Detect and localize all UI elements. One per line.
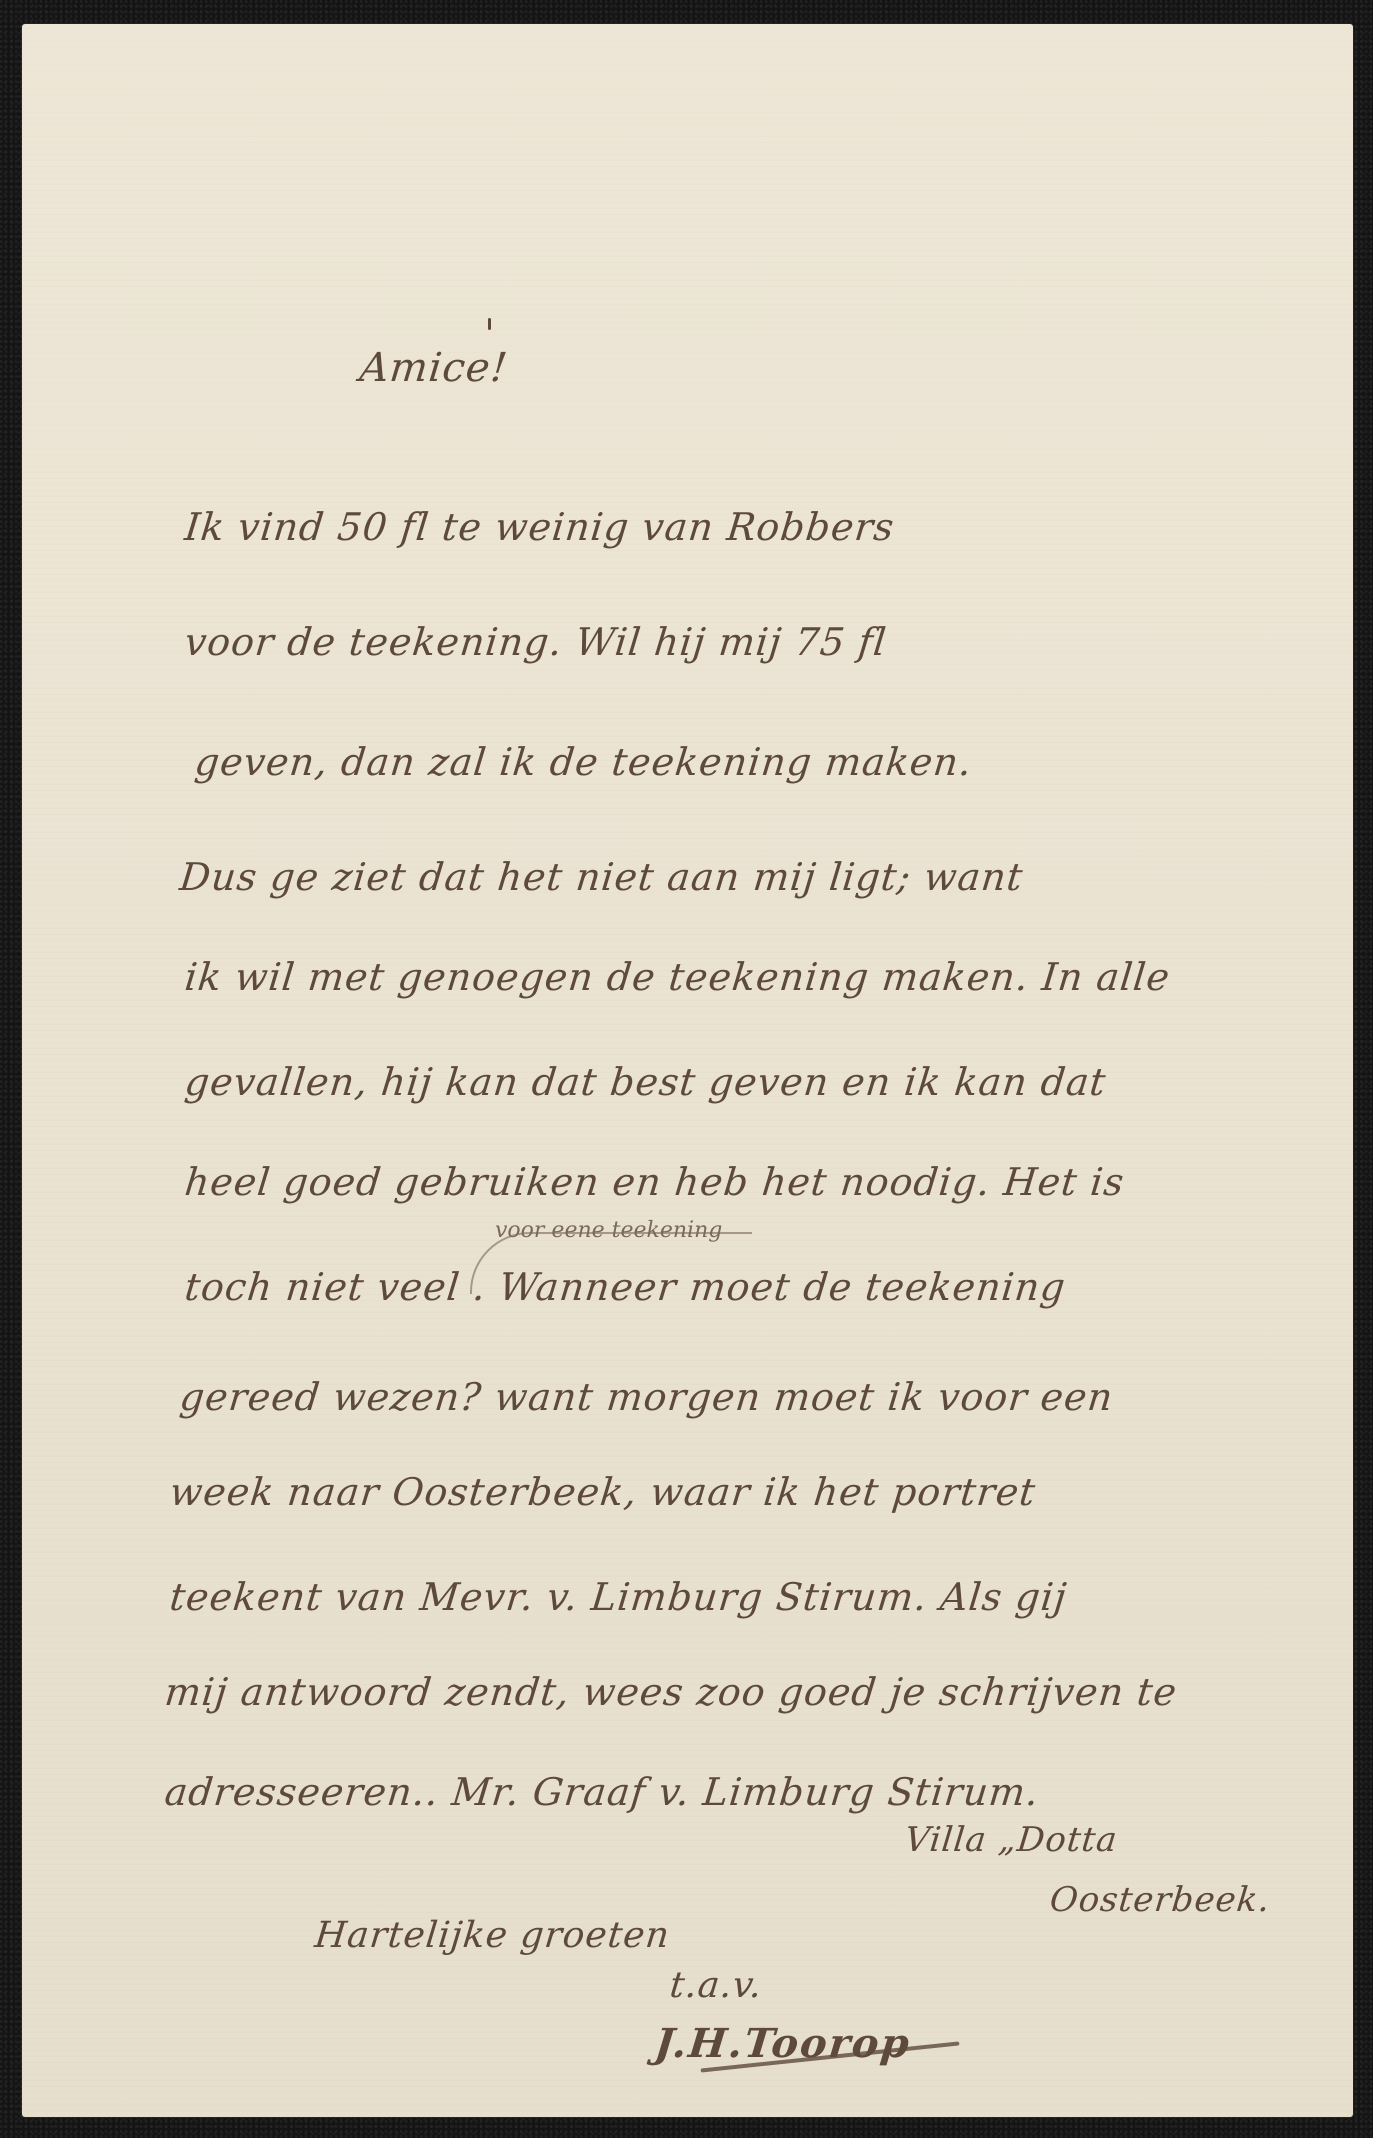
body-line-5: ik wil met genoegen de teekening maken. … (183, 955, 1173, 999)
address-town: Oosterbeek. (1048, 1880, 1272, 1920)
body-line-1: Ik vind 50 fl te weinig van Robbers (183, 505, 897, 549)
insertion-text: voor eene teekening (495, 1218, 722, 1243)
body-line-6: gevallen, hij kan dat best geven en ik k… (183, 1060, 1109, 1104)
body-line-11: teekent van Mevr. v. Limburg Stirum. Als… (168, 1575, 1070, 1619)
letter-greeting: Amice! (358, 345, 511, 391)
body-line-7: heel goed gebruiken en heb het noodig. H… (183, 1160, 1127, 1204)
body-line-8: toch niet veel . Wanneer moet de teekeni… (183, 1265, 1068, 1309)
body-line-13: adresseeren.. Mr. Graaf v. Limburg Stiru… (163, 1770, 1042, 1814)
address-villa: Villa „Dotta (903, 1820, 1120, 1860)
closing-attribution: t.a.v. (668, 1965, 765, 2006)
body-line-2: voor de teekening. Wil hij mij 75 fl (183, 620, 889, 664)
body-line-9: gereed wezen? want morgen moet ik voor e… (178, 1375, 1116, 1419)
body-line-12: mij antwoord zendt, wees zoo goed je sch… (163, 1670, 1180, 1714)
body-line-10: week naar Oosterbeek, waar ik het portre… (168, 1470, 1038, 1514)
closing-greeting: Hartelijke groeten (313, 1915, 672, 1956)
ink-mark (488, 318, 491, 330)
body-line-3: geven, dan zal ik de teekening maken. (193, 740, 975, 784)
body-line-4: Dus ge ziet dat het niet aan mij ligt; w… (178, 855, 1026, 899)
